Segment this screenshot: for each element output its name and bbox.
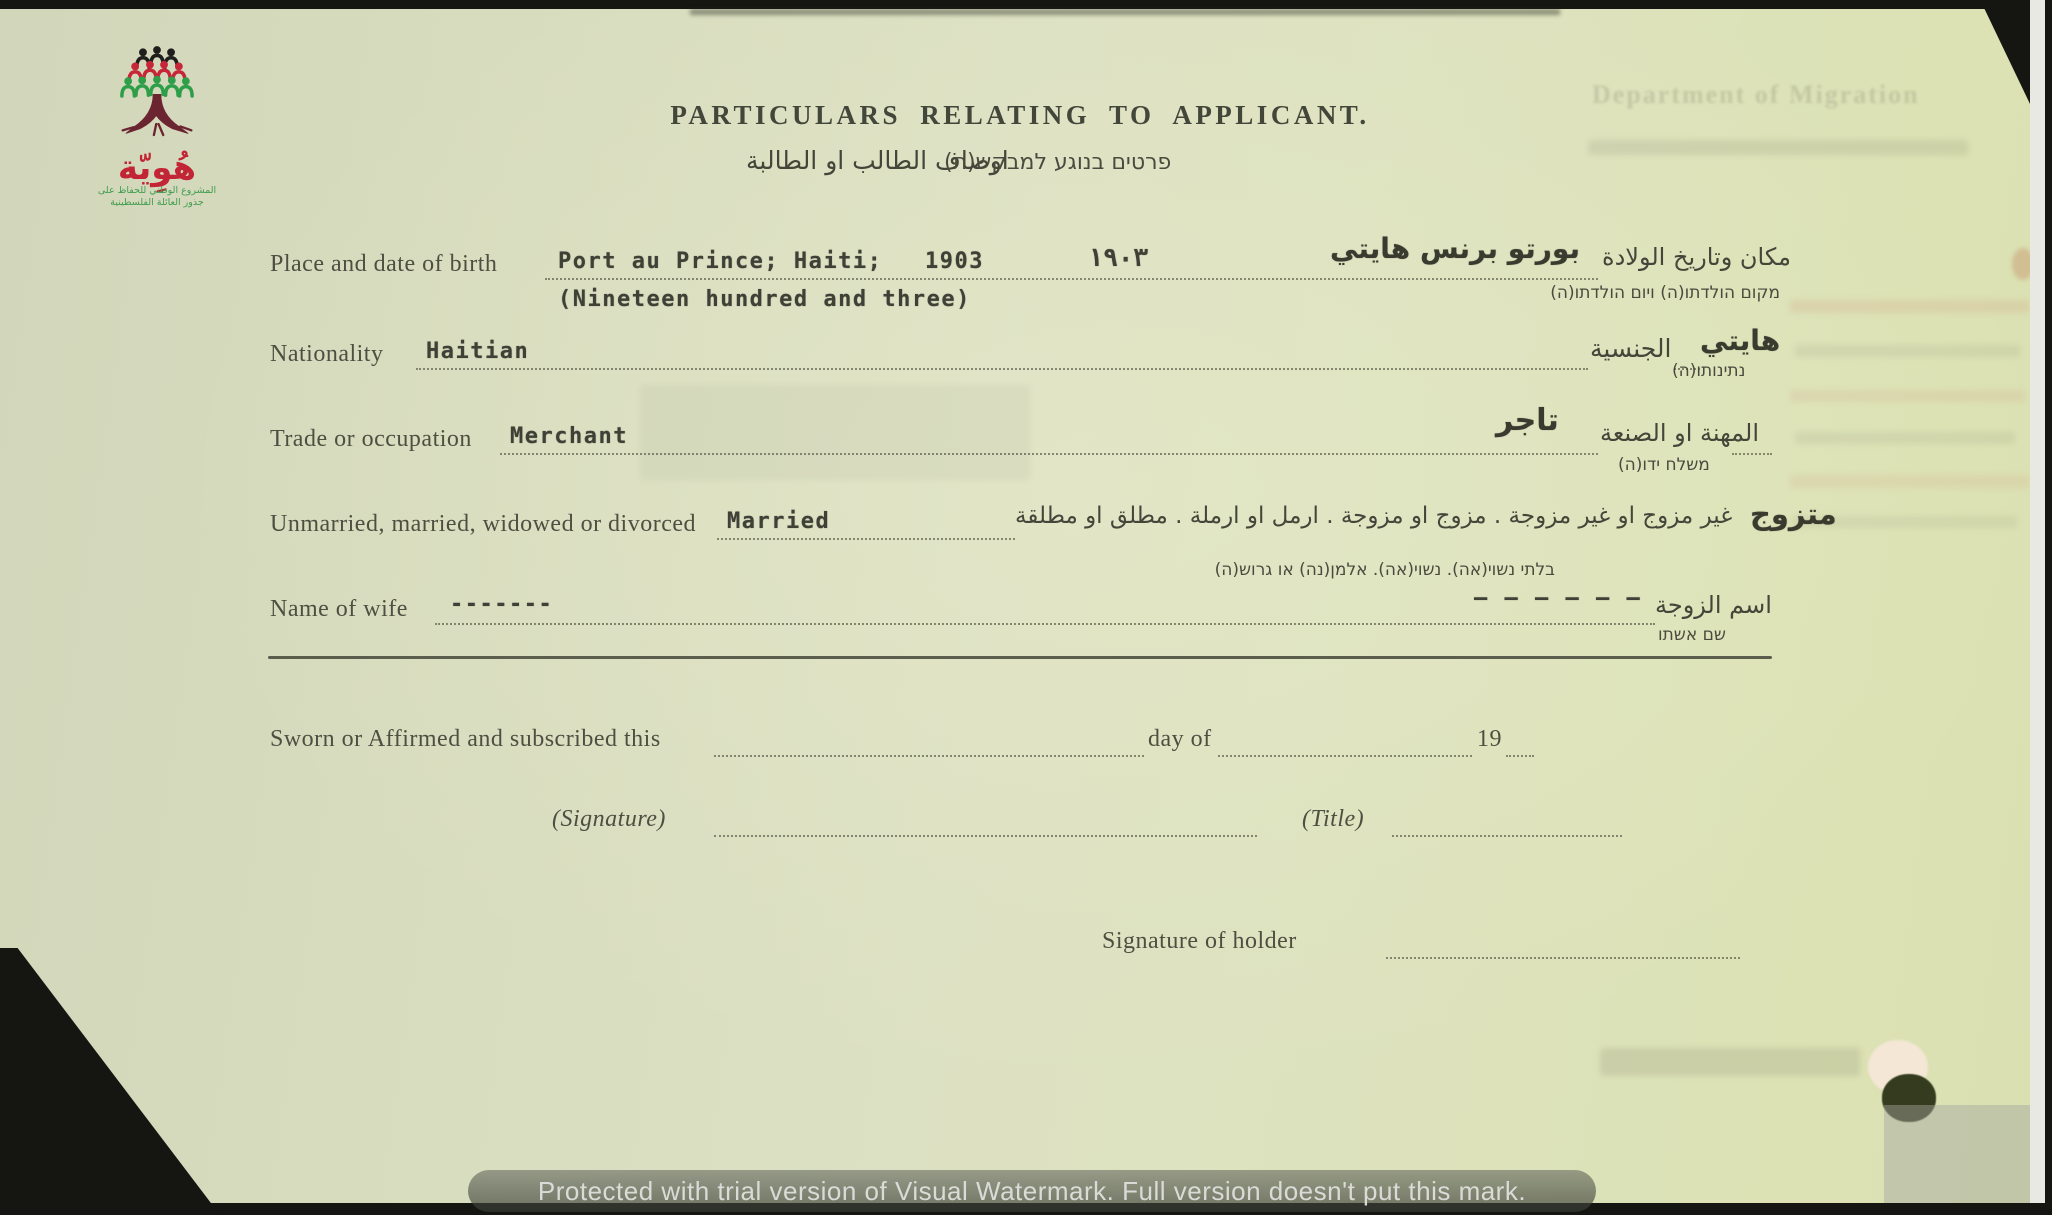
title-label: (Title) (1302, 806, 1364, 833)
family-tree-icon (118, 46, 196, 146)
marital-value-typed: Married (727, 509, 830, 534)
dotted-leader (1392, 835, 1622, 837)
wife-label-hebrew: שם אשתו (1658, 625, 1726, 645)
wife-value-typed: ------- (450, 592, 553, 617)
scanned-document: Department of Migration (0, 0, 2052, 1215)
birth-year-typed: 1903 (925, 249, 984, 274)
birth-year-arabic-typed: ١٩٠٣ (1088, 243, 1148, 272)
marital-label-arabic: غير مزوج او غير مزوجة . مزوج او مزوجة . … (1015, 503, 1745, 529)
birth-value-typed: Port au Prince; Haiti; (558, 249, 882, 274)
dotted-leader (714, 755, 1144, 757)
holder-signature-label: Signature of holder (1102, 928, 1297, 955)
document-title: PARTICULARS RELATING TO APPLICANT. (560, 100, 1480, 131)
section-divider (268, 656, 1772, 659)
signature-label: (Signature) (552, 806, 666, 833)
occupation-label-en: Trade or occupation (270, 426, 472, 453)
marital-value-handwritten-arabic: متزوج (1750, 497, 1837, 531)
dotted-leader (500, 453, 1598, 455)
ghost-bleed-row (1790, 390, 2025, 402)
logo-wordmark: هُوِيّة (90, 151, 224, 185)
page-edge-shadow (690, 9, 1560, 15)
wife-label-arabic: اسم الزوجة (1655, 591, 1772, 619)
birth-label-en: Place and date of birth (270, 251, 497, 278)
ghost-bleed-row (1795, 432, 2015, 444)
ghost-bleed-row (1795, 345, 2020, 357)
wife-value-dashes-arabic: — — — — — — (1474, 586, 1642, 611)
dotted-leader (714, 835, 1257, 837)
logo-tagline-1: المشروع الوطني للحفاظ على (90, 185, 224, 197)
dotted-leader (1506, 755, 1534, 757)
birth-label-arabic: مكان وتاريخ الولادة (1602, 243, 1791, 271)
dotted-leader (1218, 755, 1472, 757)
ghost-bleed-number (1600, 1048, 1860, 1076)
ghost-bleed-line (1588, 140, 1968, 155)
wife-label-en: Name of wife (270, 596, 408, 623)
dotted-leader (416, 368, 1588, 370)
occupation-value-handwritten-arabic: تاجر (1496, 403, 1559, 438)
occupation-label-arabic: المهنة او الصنعة (1600, 419, 1759, 447)
trial-watermark-bar: Protected with trial version of Visual W… (468, 1170, 1596, 1212)
marital-label-hebrew: בלתי נשוי(אה). נשוי(אה). אלמן(נה) או גרו… (1155, 560, 1555, 580)
scan-edge-top (0, 0, 2052, 9)
dotted-leader (435, 623, 1655, 625)
nationality-label-en: Nationality (270, 341, 383, 368)
marital-label-en: Unmarried, married, widowed or divorced (270, 511, 696, 538)
nationality-label-hebrew: נתינותו(ה) (1672, 361, 1745, 381)
nationality-label-arabic: الجنسية (1590, 334, 1672, 363)
dotted-leader (545, 278, 1598, 280)
scan-margin-strip (2030, 0, 2045, 1215)
occupation-value-typed: Merchant (510, 424, 628, 449)
birth-note-typed: (Nineteen hundred and three) (558, 287, 971, 312)
sworn-label: Sworn or Affirmed and subscribed this (270, 726, 661, 753)
trial-watermark-text: Protected with trial version of Visual W… (538, 1176, 1526, 1207)
scan-gray-patch (1884, 1105, 2032, 1205)
dotted-leader (717, 538, 1015, 540)
year-prefix: 19 (1477, 726, 1502, 753)
birth-label-hebrew: מקום הולדתו(ה) ויום הולדתו(ה) (1495, 283, 1780, 303)
huwiyya-logo: هُوِيّة المشروع الوطني للحفاظ على جذور ا… (90, 46, 224, 209)
dotted-leader (1386, 957, 1740, 959)
ghost-bleed-heading: Department of Migration (1592, 80, 1920, 110)
day-of-label: day of (1148, 726, 1212, 753)
dotted-leader (1732, 453, 1772, 455)
nationality-value-handwritten-arabic: هايتي (1700, 324, 1780, 357)
ghost-bleed-row (1790, 300, 2030, 313)
scan-edge-right (2045, 0, 2052, 1215)
birth-value-handwritten-arabic: بورتو برنس هايتي (1330, 232, 1580, 265)
occupation-label-hebrew: משלח ידו(ה) (1618, 455, 1710, 475)
nationality-value-typed: Haitian (426, 339, 529, 364)
document-subtitle-hebrew: פרטים בנוגע למבקש(ת) (944, 150, 1171, 175)
logo-tagline-2: جذور العائلة الفلسطينية (90, 197, 224, 209)
scan-smudge (640, 385, 1030, 480)
ghost-bleed-row (1790, 475, 2030, 488)
